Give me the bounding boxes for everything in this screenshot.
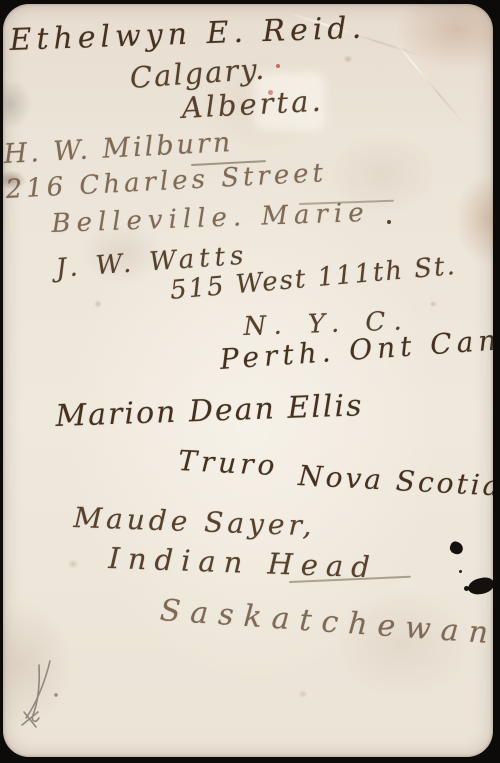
ink-blot — [448, 540, 464, 556]
signature-milburn-name: H. W. Milburn — [3, 129, 234, 168]
signature-ethelwyn-reid-province: Alberta. — [181, 87, 324, 123]
signature-sayer-name: Maude Sayer, — [73, 504, 316, 540]
signature-sayer-province: Saskatchewan — [159, 596, 493, 650]
ink-blot — [467, 576, 493, 595]
signature-ethelwyn-reid-name: Ethelwyn E. Reid. — [9, 14, 367, 56]
signature-ellis-town: Truro — [178, 447, 280, 480]
pencil-scribble — [15, 654, 65, 740]
ink-dot — [387, 220, 391, 224]
crease-line — [390, 36, 465, 125]
autograph-card-page: Ethelwyn E. Reid. Calgary. Alberta. H. W… — [3, 4, 493, 757]
red-speck — [276, 64, 280, 68]
signature-ellis-province: Nova Scotia. — [298, 462, 493, 501]
photo-background: Ethelwyn E. Reid. Calgary. Alberta. H. W… — [0, 0, 500, 763]
signature-milburn-city: Belleville. Marie — [51, 200, 370, 237]
signature-ellis-name: Marion Dean Ellis — [55, 391, 364, 432]
pencil-dot — [54, 693, 57, 696]
ink-blot — [459, 570, 462, 573]
signature-sayer-town: Indian Head — [108, 544, 378, 582]
